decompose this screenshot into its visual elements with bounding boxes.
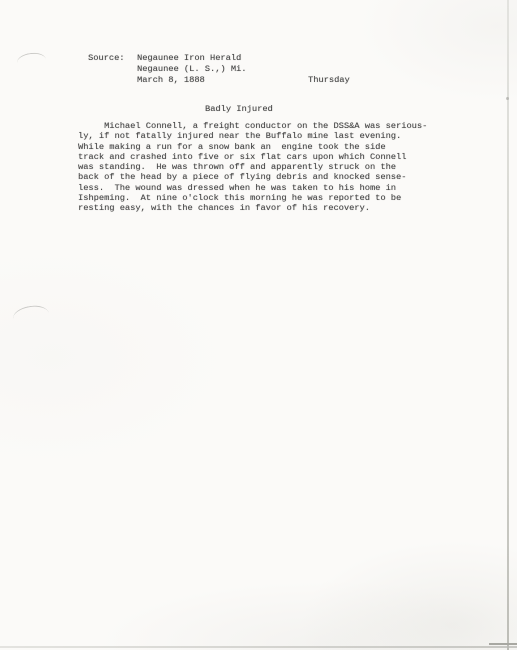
body-line-2: ly, if not fatally injured near the Buff… [78, 131, 427, 141]
scanned-document-page: Source: Negaunee Iron Herald Negaunee (L… [0, 0, 517, 650]
body-line-5: was standing. He was thrown off and appa… [78, 162, 427, 172]
body-line-3: While making a run for a snow bank an en… [78, 142, 427, 152]
source-publication: Negaunee Iron Herald [137, 53, 241, 63]
source-weekday: Thursday [308, 75, 350, 85]
source-date: March 8, 1888 [137, 75, 205, 85]
article-body: Michael Connell, a freight conductor on … [78, 121, 427, 214]
scan-artifact-middle [12, 303, 51, 328]
body-line-8: Ishpeming. At nine o'clock this morning … [78, 193, 427, 203]
body-line-7: less. The wound was dressed when he was … [78, 183, 427, 193]
body-line-4: track and crashed into five or six flat … [78, 152, 427, 162]
body-line-1: Michael Connell, a freight conductor on … [78, 121, 427, 131]
scan-speck [506, 97, 509, 100]
article-title: Badly Injured [205, 104, 273, 114]
scan-artifact-top [16, 51, 47, 70]
page-edge-bottom [0, 646, 517, 648]
body-line-9: resting easy, with the chances in favor … [78, 203, 427, 213]
body-line-6: back of the head by a piece of flying de… [78, 172, 427, 182]
source-label: Source: [88, 53, 125, 63]
page-edge-corner [489, 643, 517, 645]
source-location: Negaunee (L. S.,) Mi. [137, 64, 246, 74]
